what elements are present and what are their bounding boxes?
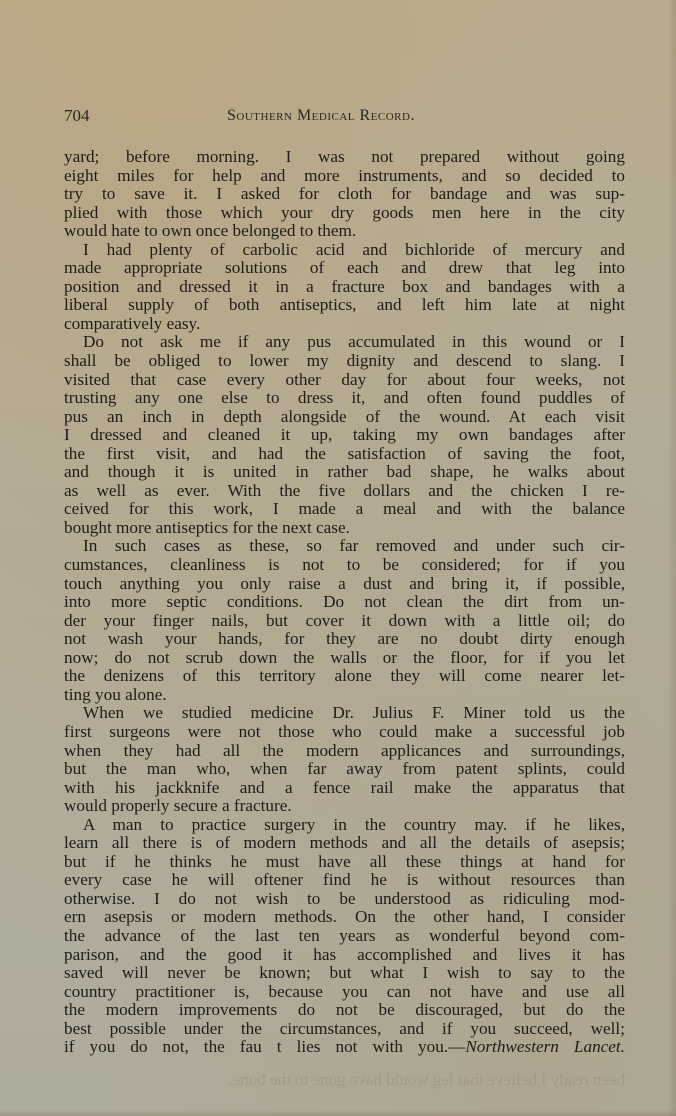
text-line: made appropriate solutions of each and d… bbox=[64, 259, 625, 278]
text-line: When we studied medicine Dr. Julius F. M… bbox=[64, 704, 625, 723]
text-line: would hate to own once belonged to them. bbox=[64, 222, 625, 241]
text-line: yard; before morning. I was not prepared… bbox=[64, 148, 625, 167]
text-line: liberal supply of both antiseptics, and … bbox=[64, 296, 625, 315]
journal-title: Southern Medical Record. bbox=[227, 107, 415, 125]
text-line: shall be obliged to lower my dignity and… bbox=[64, 352, 625, 371]
text-line: best possible under the circumstances, a… bbox=[64, 1020, 625, 1039]
page-edge-shadow bbox=[668, 0, 676, 1116]
source-citation: Northwestern Lancet. bbox=[465, 1037, 625, 1056]
text-line: In such cases as these, so far removed a… bbox=[64, 537, 625, 556]
text-line: trusting any one else to dress it, and o… bbox=[64, 389, 625, 408]
text-line: pus an inch in depth alongside of the wo… bbox=[64, 408, 625, 427]
text-line: otherwise. I do not wish to be understoo… bbox=[64, 890, 625, 909]
text-line: visited that case every other day for ab… bbox=[64, 371, 625, 390]
text-line: cumstances, cleanliness is not to be con… bbox=[64, 556, 625, 575]
text-line: into more septic conditions. Do not clea… bbox=[64, 593, 625, 612]
text-line: first surgeons were not those who could … bbox=[64, 723, 625, 742]
text-line: ern asepsis or modern methods. On the ot… bbox=[64, 908, 625, 927]
show-through-text: been ready I believe that leg would have… bbox=[64, 1070, 625, 1090]
text-line: and though it is united in rather bad sh… bbox=[64, 463, 625, 482]
text-line: I had plenty of carbolic acid and bichlo… bbox=[64, 241, 625, 260]
text-line: now; do not scrub down the walls or the … bbox=[64, 649, 625, 668]
text-line: saved will never be known; but what I wi… bbox=[64, 964, 625, 983]
text-line: when they had all the modern applicances… bbox=[64, 742, 625, 761]
text-line: learn all there is of modern methods and… bbox=[64, 834, 625, 853]
text-line: the modern improvements do not be discou… bbox=[64, 1001, 625, 1020]
article-body: yard; before morning. I was not prepared… bbox=[64, 148, 625, 1057]
text-line: plied with those which your dry goods me… bbox=[64, 204, 625, 223]
text-line: ceived for this work, I made a meal and … bbox=[64, 500, 625, 519]
text-line: ting you alone. bbox=[64, 686, 625, 705]
text-line: A man to practice surgery in the country… bbox=[64, 816, 625, 835]
scanned-page: 704 Southern Medical Record. yard; befor… bbox=[0, 0, 676, 1116]
text-line: eight miles for help and more instrument… bbox=[64, 167, 625, 186]
text-line: but if he thinks he must have all these … bbox=[64, 853, 625, 872]
text-line: bought more antiseptics for the next cas… bbox=[64, 519, 625, 538]
page-number: 704 bbox=[64, 106, 90, 126]
text-line: Do not ask me if any pus accumulated in … bbox=[64, 333, 625, 352]
text-line: country practitioner is, because you can… bbox=[64, 983, 625, 1002]
text-line: as well as ever. With the five dollars a… bbox=[64, 482, 625, 501]
text-line: but the man who, when far away from pate… bbox=[64, 760, 625, 779]
text-line: every case he will oftener find he is wi… bbox=[64, 871, 625, 890]
text-line: the advance of the last ten years as won… bbox=[64, 927, 625, 946]
page-bottom-shadow bbox=[0, 1110, 676, 1116]
text-line: comparatively easy. bbox=[64, 315, 625, 334]
text-line: with his jackknife and a fence rail make… bbox=[64, 779, 625, 798]
text-line: parison, and the good it has accomplishe… bbox=[64, 946, 625, 965]
text-line: not wash your hands, for they are no dou… bbox=[64, 630, 625, 649]
final-line-text: if you do not, the fau t lies not with y… bbox=[64, 1037, 465, 1056]
text-line: the denizens of this territory alone the… bbox=[64, 667, 625, 686]
text-line: try to save it. I asked for cloth for ba… bbox=[64, 185, 625, 204]
text-line: position and dressed it in a fracture bo… bbox=[64, 278, 625, 297]
final-text-line: if you do not, the fau t lies not with y… bbox=[64, 1038, 625, 1057]
text-line: der your finger nails, but cover it down… bbox=[64, 612, 625, 631]
text-line: the first visit, and had the satisfactio… bbox=[64, 445, 625, 464]
text-line: touch anything you only raise a dust and… bbox=[64, 575, 625, 594]
text-line: I dressed and cleaned it up, taking my o… bbox=[64, 426, 625, 445]
text-line: would properly secure a fracture. bbox=[64, 797, 625, 816]
running-head: 704 Southern Medical Record. bbox=[64, 106, 625, 130]
